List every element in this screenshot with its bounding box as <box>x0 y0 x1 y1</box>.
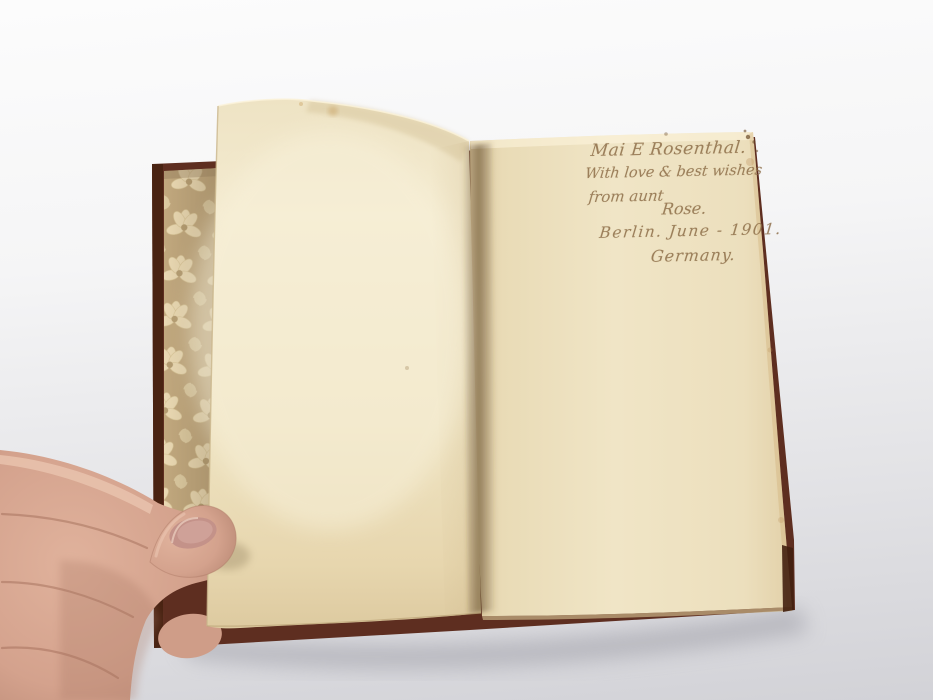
inscription-line-from: from aunt <box>588 186 665 206</box>
inscription-line-place-date: Berlin. June - 1901. <box>599 220 783 242</box>
inscription-line-wishes: With love & best wishes <box>584 162 763 182</box>
handwritten-inscription: Mai E Rosenthal. With love & best wishes… <box>576 134 799 289</box>
book-scene <box>0 0 933 700</box>
photo-of-open-antique-book: Mai E Rosenthal. With love & best wishes… <box>0 0 933 700</box>
gutter-shadow <box>462 143 496 614</box>
inscription-line-country: Germany. <box>650 245 737 266</box>
inscription-line-recipient: Mai E Rosenthal. <box>590 138 748 161</box>
cover-right-sliver <box>782 545 794 612</box>
inscription-line-sender: Rose. <box>661 199 707 219</box>
